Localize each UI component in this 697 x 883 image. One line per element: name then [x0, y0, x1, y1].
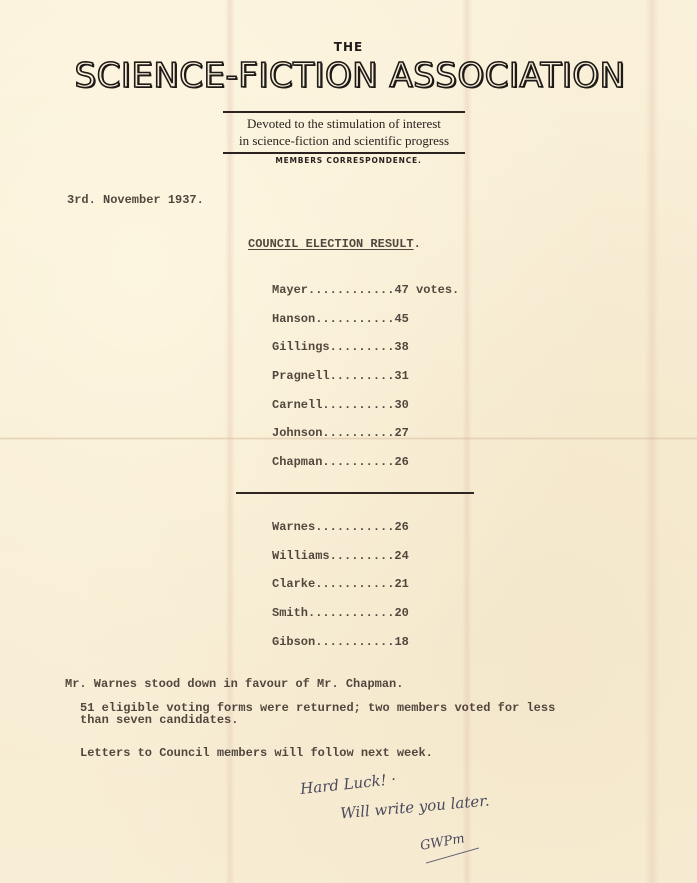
vote-count: 30	[394, 398, 408, 412]
candidate-name: Carnell	[272, 398, 322, 412]
result-row: Johnson..........27	[272, 426, 459, 455]
letter-date: 3rd. November 1937.	[67, 193, 204, 207]
note-letters-follow: Letters to Council members will follow n…	[80, 746, 433, 760]
letterhead-the: THE	[0, 40, 697, 54]
vote-count: 21	[394, 577, 408, 591]
vertical-fold-line	[645, 0, 659, 883]
heading-period: .	[414, 237, 421, 251]
vote-count: 26	[394, 520, 408, 534]
note-voting-forms: 51 eligible voting forms were returned; …	[80, 702, 555, 726]
candidate-name: Gillings	[272, 340, 330, 354]
candidate-name: Smith	[272, 606, 308, 620]
members-correspondence-label: MEMBERS CORRESPONDENCE.	[0, 156, 697, 165]
candidate-name: Mayer	[272, 283, 308, 297]
result-row: Clarke...........21	[272, 577, 409, 606]
note-voting-forms-line-2: than seven candidates.	[80, 714, 555, 726]
result-row: Mayer............47 votes.	[272, 283, 459, 312]
result-row: Smith............20	[272, 606, 409, 635]
candidate-name: Chapman	[272, 455, 322, 469]
candidate-name: Pragnell	[272, 369, 330, 383]
result-row: Chapman..........26	[272, 455, 459, 484]
result-row: Pragnell.........31	[272, 369, 459, 398]
vote-count: 38	[394, 340, 408, 354]
not-elected-results-list: Warnes...........26Williams.........24Cl…	[272, 520, 409, 663]
candidate-name: Clarke	[272, 577, 315, 591]
leader-dots: ...........	[315, 635, 394, 649]
tagline-box: Devoted to the stimulation of interest i…	[223, 111, 465, 154]
results-divider	[236, 492, 474, 494]
candidate-name: Gibson	[272, 635, 315, 649]
note-stood-down: Mr. Warnes stood down in favour of Mr. C…	[65, 677, 403, 691]
heading-text: COUNCIL ELECTION RESULT	[248, 237, 414, 251]
result-row: Williams.........24	[272, 549, 409, 578]
leader-dots: ..........	[322, 455, 394, 469]
leader-dots: .........	[330, 369, 395, 383]
vote-count: 26	[394, 455, 408, 469]
result-row: Warnes...........26	[272, 520, 409, 549]
vote-count: 31	[394, 369, 408, 383]
leader-dots: ...........	[315, 577, 394, 591]
candidate-name: Johnson	[272, 426, 322, 440]
leader-dots: ..........	[322, 398, 394, 412]
letter-heading: COUNCIL ELECTION RESULT.	[248, 237, 421, 251]
leader-dots: .........	[330, 549, 395, 563]
leader-dots: ............	[308, 283, 394, 297]
vote-count: 27	[394, 426, 408, 440]
vote-count: 20	[394, 606, 408, 620]
leader-dots: ...........	[315, 520, 394, 534]
candidate-name: Williams	[272, 549, 330, 563]
result-row: Gillings.........38	[272, 340, 459, 369]
result-row: Hanson...........45	[272, 312, 459, 341]
tagline-line-1: Devoted to the stimulation of interest	[223, 115, 465, 132]
tagline-line-2: in science-fiction and scientific progre…	[223, 132, 465, 149]
organization-title: SCIENCE-FICTION ASSOCIATION	[20, 54, 680, 98]
result-row: Gibson...........18	[272, 635, 409, 664]
elected-results-list: Mayer............47 votes.Hanson........…	[272, 283, 459, 484]
candidate-name: Hanson	[272, 312, 315, 326]
leader-dots: ...........	[315, 312, 394, 326]
leader-dots: ..........	[322, 426, 394, 440]
vote-count: 24	[394, 549, 408, 563]
vote-count: 45	[394, 312, 408, 326]
vote-count: 18	[394, 635, 408, 649]
leader-dots: .........	[330, 340, 395, 354]
leader-dots: ............	[308, 606, 394, 620]
vote-count: 47 votes.	[394, 283, 459, 297]
result-row: Carnell..........30	[272, 398, 459, 427]
candidate-name: Warnes	[272, 520, 315, 534]
